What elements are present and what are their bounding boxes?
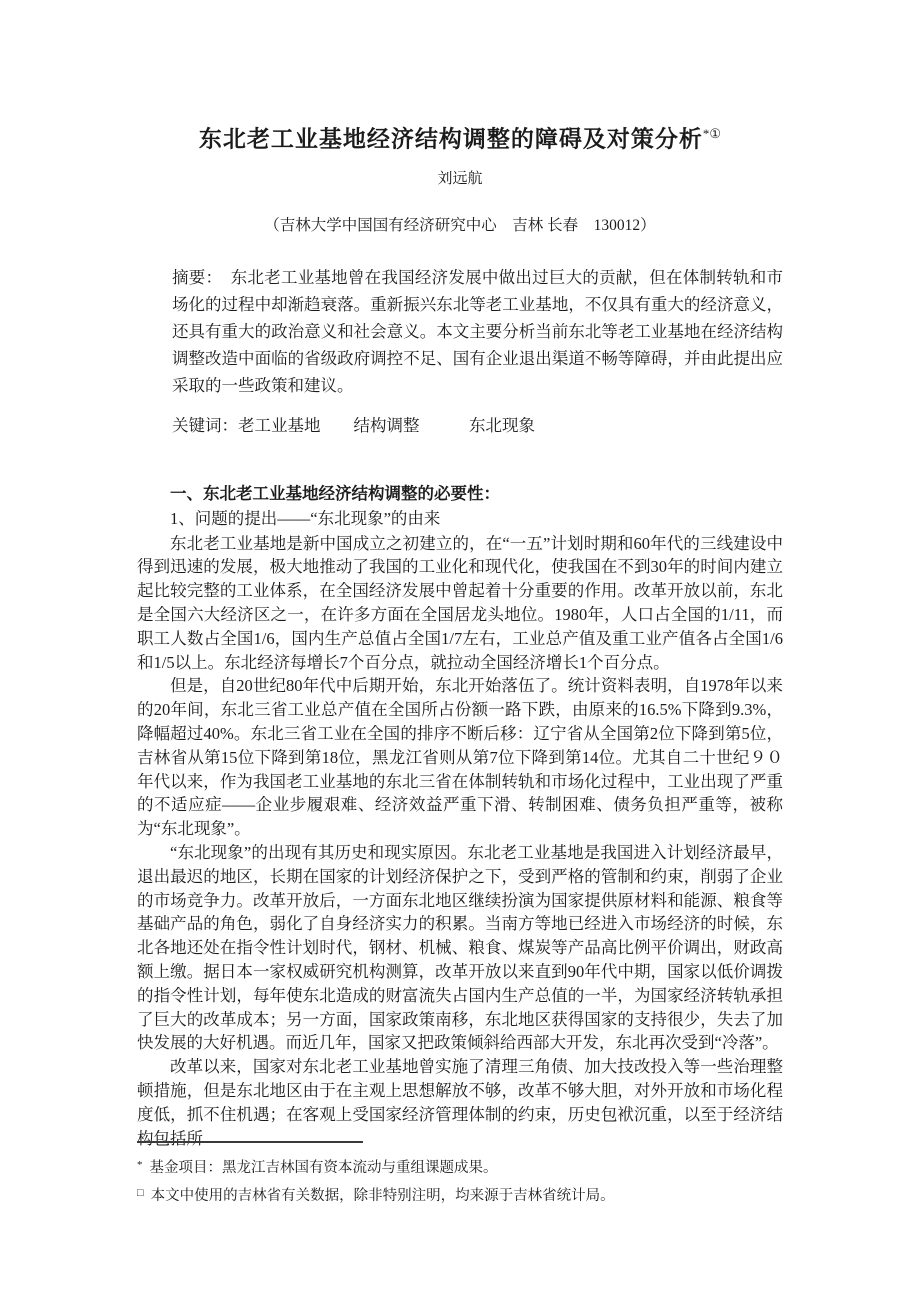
author-affiliation: （吉林大学中国国有经济研究中心 吉林 长春 130012） [137,214,783,238]
section-heading-1: 一、东北老工业基地经济结构调整的必要性： [137,481,783,506]
body-paragraph: 东北老工业基地是新中国成立之初建立的，在“一五”计划时期和60年代的三线建设中得… [137,532,783,675]
abstract-paragraph: 摘要： 东北老工业基地曾在我国经济发展中做出过巨大的贡献，但在体制转轨和市场化的… [172,264,783,399]
footnote-separator [137,1141,363,1143]
footnote-area: *基金项目：黑龙江吉林国有资本流动与重组课题成果。 □本文中使用的吉林省有关数据… [137,1141,783,1209]
paper-title-text: 东北老工业基地经济结构调整的障碍及对策分析 [199,127,703,152]
footnote-marker: * [137,1153,143,1178]
body-paragraph: “东北现象”的出现有其历史和现实原因。东北老工业基地是我国进入计划经济最早，退出… [137,841,783,1055]
footnote-item: □本文中使用的吉林省有关数据，除非特别注明，均来源于吉林省统计局。 [137,1181,783,1209]
keywords-line: 关键词：老工业基地 结构调整 东北现象 [172,412,783,439]
document-page: 东北老工业基地经济结构调整的障碍及对策分析*① 刘远航 （吉林大学中国国有经济研… [0,0,920,1302]
body-paragraph: 但是，自20世纪80年代中后期开始，东北开始落伍了。统计资料表明，自1978年以… [137,674,783,841]
body-paragraph: 改革以来，国家对东北老工业基地曾实施了清理三角债、加大技改投入等一些治理整顿措施… [137,1055,783,1150]
paper-title: 东北老工业基地经济结构调整的障碍及对策分析*① [137,120,783,154]
footnote-text: 基金项目：黑龙江吉林国有资本流动与重组课题成果。 [150,1160,498,1176]
footnote-text: 本文中使用的吉林省有关数据，除非特别注明，均来源于吉林省统计局。 [151,1188,615,1204]
footnote-item: *基金项目：黑龙江吉林国有资本流动与重组课题成果。 [137,1153,783,1181]
subsection-heading-1-1: 1、问题的提出——“东北现象”的由来 [137,506,783,532]
author-name: 刘远航 [137,168,783,190]
footnote-marker: □ [137,1181,144,1206]
title-footnote-marker: *① [703,126,721,141]
